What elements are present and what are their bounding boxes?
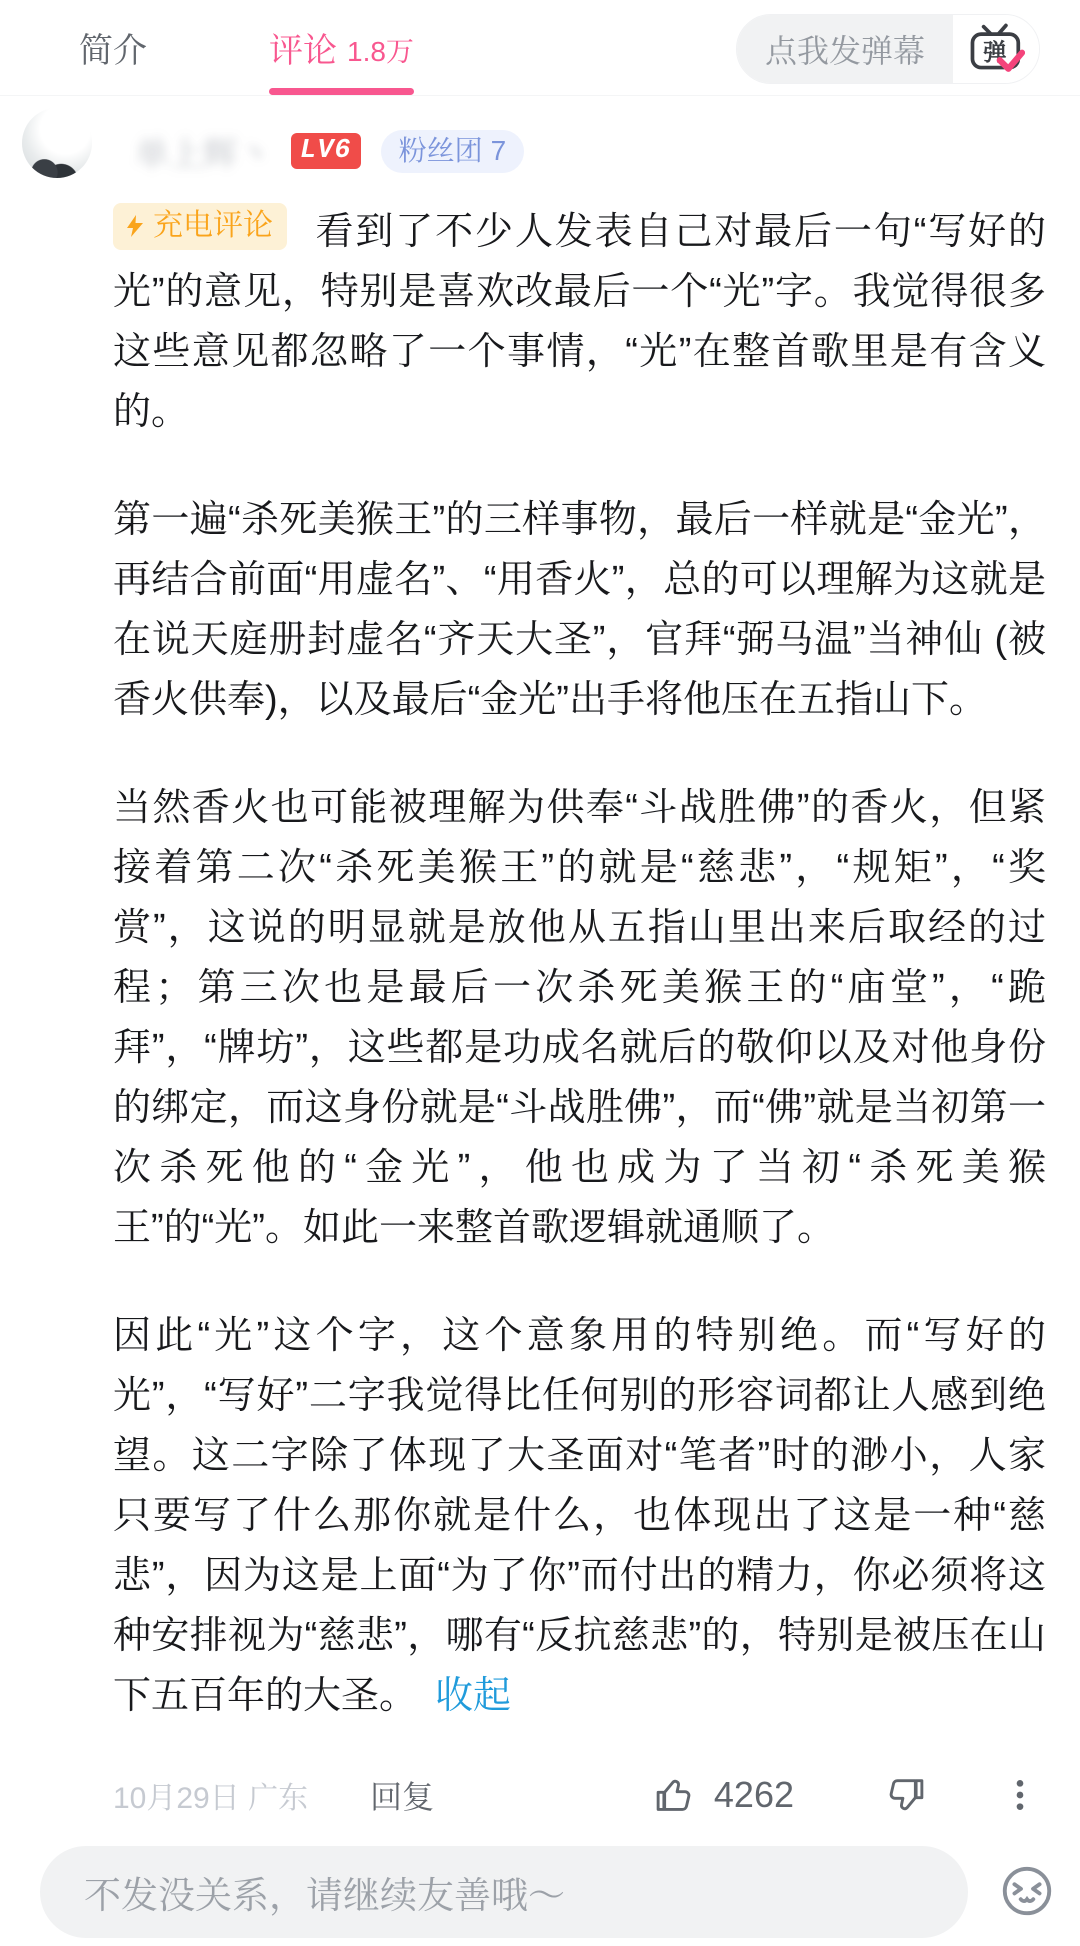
reply-button[interactable]: 回复: [370, 1772, 434, 1818]
fans-club-badge: 粉丝团 7: [381, 130, 525, 173]
tab-comments-count: 1.8万: [347, 26, 414, 70]
fans-club-level: 7: [491, 137, 507, 165]
send-danmaku-label: 点我发弹幕: [737, 15, 953, 83]
collapse-link[interactable]: 收起: [435, 1675, 511, 1717]
fans-club-label: 粉丝团: [399, 137, 483, 165]
charged-comment-label: 充电评论: [153, 211, 273, 241]
comment-paragraph: 充电评论 看到了不少人发表自己对最后一句“写好的光”的意见，特别是喜欢改最后一个…: [113, 202, 1046, 442]
username-blurred[interactable]: 单上辉丶: [135, 127, 271, 176]
like-count: 4262: [714, 1774, 794, 1816]
charged-comment-badge: 充电评论: [113, 203, 287, 250]
thumbs-up-icon: [652, 1772, 698, 1818]
comment-paragraph: 第一遍“杀死美猴王”的三样事物，最后一样就是“金光”，再结合前面“用虚名”、“用…: [113, 490, 1046, 730]
comment-screen: 简介 评论 1.8万 点我发弹幕 弹 单上辉丶 LV6: [0, 0, 1080, 1946]
avatar[interactable]: [22, 108, 92, 178]
lightning-icon: [123, 214, 147, 238]
comment-paragraph: 因此“光”这个字，这个意象用的特别绝。而“写好的光”，“写好”二字我觉得比任何别…: [113, 1306, 1046, 1726]
more-menu-button[interactable]: [1000, 1775, 1040, 1815]
danmaku-toggle-icon[interactable]: 弹: [953, 15, 1039, 83]
comment-input[interactable]: 不发没关系，请继续友善哦～: [40, 1846, 968, 1938]
comment-input-bar: 不发没关系，请继续友善哦～: [0, 1840, 1080, 1946]
active-tab-underline: [269, 88, 414, 95]
paragraph-text: 因此“光”这个字，这个意象用的特别绝。而“写好的光”，“写好”二字我觉得比任何别…: [113, 1315, 1046, 1717]
comment-body: 充电评论 看到了不少人发表自己对最后一句“写好的光”的意见，特别是喜欢改最后一个…: [113, 202, 1046, 1726]
thumbs-down-icon: [882, 1772, 928, 1818]
user-info-row: 单上辉丶 LV6 粉丝团 7: [135, 130, 1080, 172]
comment-input-placeholder: 不发没关系，请继续友善哦～: [84, 1865, 565, 1919]
dislike-button[interactable]: [882, 1772, 928, 1818]
user-level-badge: LV6: [291, 133, 361, 169]
tab-intro[interactable]: 简介: [79, 0, 147, 95]
comment-date-location: 10月29日 广东: [113, 1773, 308, 1817]
send-danmaku-button[interactable]: 点我发弹幕 弹: [736, 14, 1040, 84]
comment-item: 单上辉丶 LV6 粉丝团 7 充电评论 看到了不少人发表自己对最后一句“写好的光…: [0, 96, 1080, 1818]
tab-intro-label: 简介: [79, 23, 147, 72]
tab-comments-label: 评论: [269, 23, 337, 72]
comment-paragraph: 当然香火也可能被理解为供奉“斗战胜佛”的香火，但紧接着第二次“杀死美猴王”的就是…: [113, 778, 1046, 1258]
tab-comments[interactable]: 评论 1.8万: [269, 0, 414, 95]
emoji-button[interactable]: [998, 1862, 1056, 1920]
emoji-face-icon: [998, 1862, 1056, 1920]
like-button[interactable]: 4262: [652, 1772, 794, 1818]
tab-bar: 简介 评论 1.8万 点我发弹幕 弹: [0, 0, 1080, 96]
more-dots-icon: [1000, 1775, 1040, 1815]
comment-meta-row: 10月29日 广东 回复 4262: [113, 1772, 1040, 1818]
